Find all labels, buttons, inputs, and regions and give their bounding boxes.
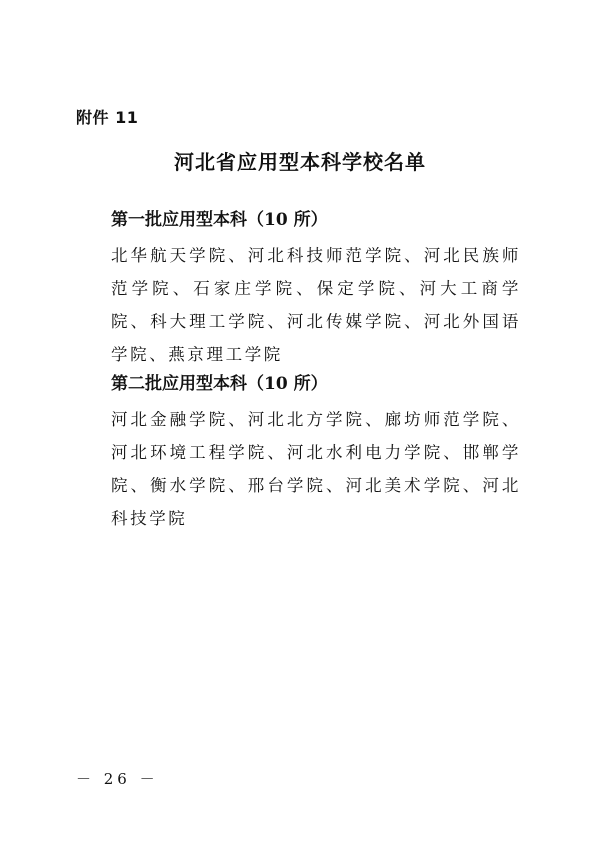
section-heading: 第一批应用型本科（10 所） — [111, 207, 521, 233]
school-list: 北华航天学院、河北科技师范学院、河北民族师范学院、石家庄学院、保定学院、河大工商… — [111, 239, 521, 371]
document-title: 河北省应用型本科学校名单 — [0, 146, 600, 175]
school-list: 河北金融学院、河北北方学院、廊坊师范学院、河北环境工程学院、河北水利电力学院、邯… — [111, 403, 521, 535]
page-number: － 26 － — [76, 768, 159, 789]
section-heading: 第二批应用型本科（10 所） — [111, 371, 521, 397]
attachment-label: 附件 11 — [76, 105, 138, 128]
section-first-batch: 第一批应用型本科（10 所） 北华航天学院、河北科技师范学院、河北民族师范学院、… — [111, 207, 521, 371]
section-second-batch: 第二批应用型本科（10 所） 河北金融学院、河北北方学院、廊坊师范学院、河北环境… — [111, 371, 521, 535]
